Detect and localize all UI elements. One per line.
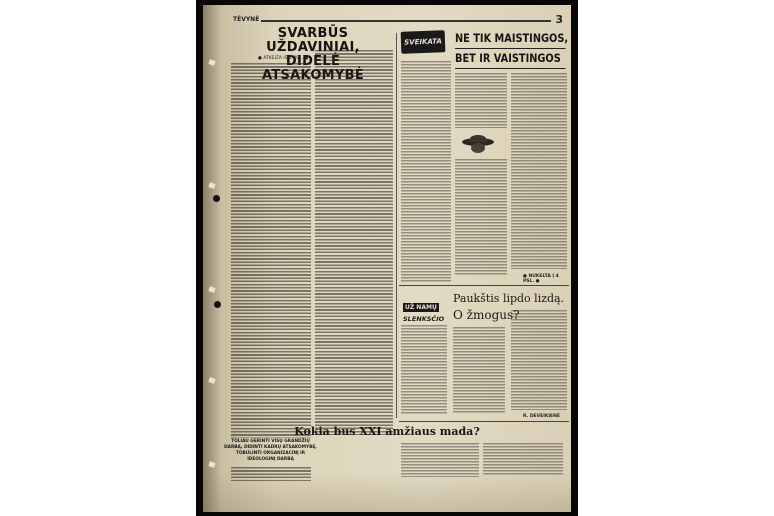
binding-hole (213, 195, 220, 202)
section-divider (399, 285, 569, 286)
health-continues-note: ● NUKELTA Į 4 PSL. ● (523, 274, 571, 284)
health-headline-line1: NE TIK MAISTINGOS, (455, 29, 566, 49)
logo-line1: UŽ NAMŲ (403, 303, 439, 312)
health-column-1 (401, 61, 451, 283)
lead-column-2 (315, 50, 393, 435)
section-divider (399, 421, 569, 422)
logo-line2: SLENKSČIO (403, 315, 441, 323)
column-rule (396, 33, 397, 418)
page-tear (208, 182, 215, 189)
section-label: TĖVYNĖ (233, 16, 259, 23)
health-column-3 (511, 73, 567, 269)
page-shadow (203, 472, 571, 512)
health-column-2b (455, 159, 507, 275)
uz-namu-slenkscio-logo: UŽ NAMŲ SLENKSČIO (403, 294, 441, 322)
column-text-3 (511, 310, 567, 410)
fashion-column-2 (483, 443, 563, 475)
column-headline-line2: O žmogus? (453, 308, 520, 322)
page-tear (208, 461, 215, 468)
lead-subheading: TOLIAU GERINTI VISŲ GRANDŽIŲ DARBĄ, DIDI… (223, 439, 318, 463)
binding-hole (214, 301, 221, 308)
page-tear (208, 377, 215, 384)
lead-column-1 (231, 63, 311, 438)
column-text-1 (401, 325, 447, 415)
column-text-2 (453, 327, 505, 413)
page-tear (208, 286, 215, 293)
health-headline-line2: BET IR VAISTINGOS (455, 49, 566, 69)
sveikata-logo: SVEIKATA (401, 30, 446, 54)
lead-continued-note: ● ATKELTA IŠ 2 PSL. ● (258, 56, 308, 61)
newspaper-page: TĖVYNĖ 3 SVARBŪS UŽDAVINIAI, DIDELĖ ATSA… (203, 5, 571, 512)
hat-illustration (461, 133, 495, 155)
fashion-headline: Kokia bus XXI amžiaus mada? (203, 425, 571, 438)
column-headline-line1: Paukštis lipdo lizdą. (453, 292, 564, 305)
column-author: R. DEVEIKIENĖ (523, 414, 560, 419)
page-number: 3 (555, 13, 563, 26)
health-headline: NE TIK MAISTINGOS, BET IR VAISTINGOS (455, 29, 549, 69)
running-head: TĖVYNĖ 3 (233, 16, 563, 24)
running-head-rule (261, 20, 551, 22)
health-column-2a (455, 73, 507, 128)
page-tear (208, 59, 215, 66)
